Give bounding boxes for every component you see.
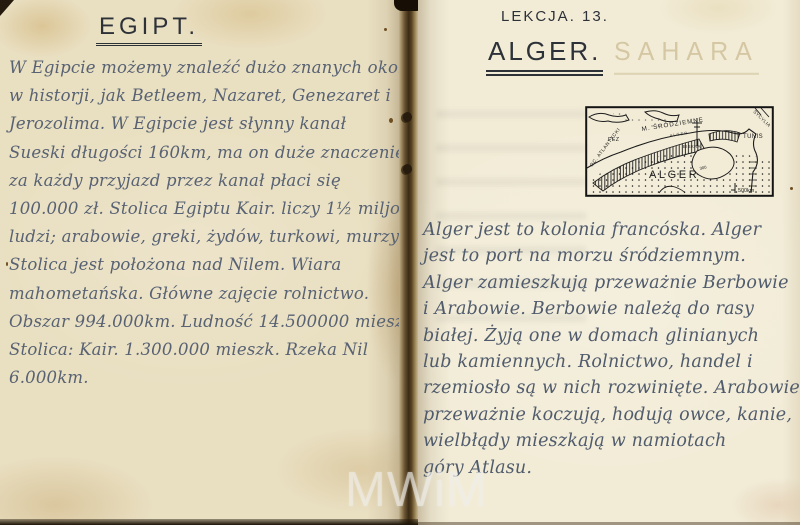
stitch-knot [403,164,412,174]
handwritten-line: mahometańska. Główne zajęcie rolnictwo. [9,280,401,308]
left-page: EGIPT. W Egipcie możemy znaleźć dużo zna… [0,0,401,525]
handwritten-line: Obszar 994.000km. Ludność 14.500000 mies… [9,308,401,336]
handwritten-line: wielbłądy mieszkają w namiotach [423,428,798,454]
map-label-atlantic: OC. ATLANTYCKI [589,127,622,168]
handwritten-line: rzemiosło są w nich rozwinięte. Arabowie [423,375,798,401]
handwritten-line: Alger jest to kolonia francóska. Alger [423,217,798,243]
binding-gutter [399,0,419,525]
right-page-title: ALGER. [486,36,603,76]
left-page-title: EGIPT. [96,13,202,46]
stitch-knot [403,112,412,122]
handwritten-line: Stolica jest położona nad Nilem. Wiara [9,251,401,279]
map-label-sicily: SYCYLIA [752,109,772,128]
map-label-alger-city: ALGER [669,130,688,138]
tell-atlas-mountains [709,131,740,142]
algeria-map: M. ŚRÓDZIEMNE ALGER SYCYLIA TUNIS FEZ OC… [585,106,774,197]
handwritten-line: Stolica: Kair. 1.300.000 mieszk. Rzeka N… [9,336,401,364]
paper-speck [6,262,8,266]
handwritten-line: za każdy przyjazd przez kanał płaci się [9,167,401,195]
map-label-scale: 500km [738,188,755,194]
handwritten-line: Sueski długości 160km, ma on duże znacze… [9,139,401,167]
map-label-tunis: TUNIS [743,134,763,140]
photo-bottom-edge [0,519,418,525]
handwritten-line: jest to port na morzu śródziemnym. [423,243,798,269]
handwritten-line: W Egipcie możemy znaleźć dużo znanych ok… [9,54,401,82]
handwritten-line: przeważnie koczują, hodują owce, kanie, [423,402,798,428]
notebook-scan: EGIPT. W Egipcie możemy znaleźć dużo zna… [0,0,800,525]
map-label-alger-region: ALGER [649,169,699,181]
handwritten-line: i Arabowie. Berbowie należą do rasy [423,296,798,322]
paper-speck [384,28,387,31]
handwritten-line: białej. Żyją one w domach glinianych [423,323,798,349]
left-page-text: W Egipcie możemy znaleźć dużo znanych ok… [9,54,401,392]
paper-speck [790,187,793,190]
paper-speck [389,118,393,123]
handwritten-line: 100.000 zł. Stolica Egiptu Kair. liczy 1… [9,195,401,223]
handwritten-line: 6.000km. [9,364,401,392]
handwritten-line: lub kamiennych. Rolnictwo, handel i [423,349,798,375]
handwritten-line: w historji, jak Betleem, Nazaret, Geneza… [9,82,401,110]
right-page: LEKCJA. 13. ALGER. SAHARA [418,0,800,525]
right-page-text: Alger jest to kolonia francóska. Alger j… [423,217,798,481]
handwritten-line: Jerozolima. W Egipcie jest słynny kanał [9,110,401,138]
algeria-map-drawing: M. ŚRÓDZIEMNE ALGER SYCYLIA TUNIS FEZ OC… [585,106,774,197]
ghost-bleed-title: SAHARA [614,37,759,75]
lesson-label: LEKCJA. 13. [501,8,609,25]
handwritten-line: Alger zamieszkują przeważnie Berbowie [423,270,798,296]
map-label-biskra: BISKRA [683,144,701,149]
watermark: MWiM [345,462,488,518]
handwritten-line: ludzi; arabowie, greki, żydów, turkowi, … [9,223,401,251]
